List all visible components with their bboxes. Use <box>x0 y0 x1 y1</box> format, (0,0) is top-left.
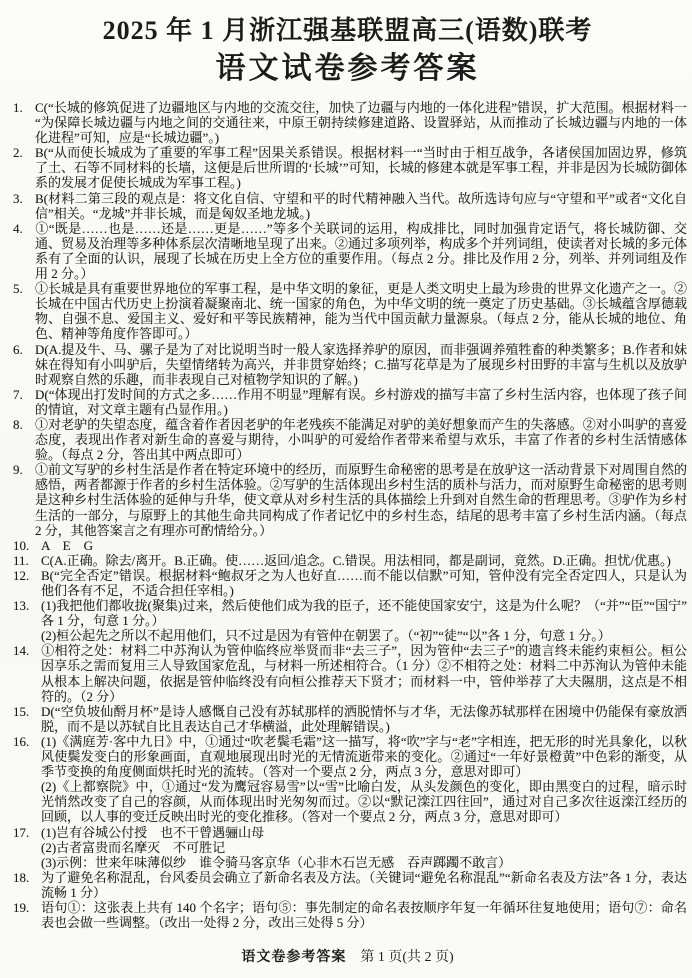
item-number: 6. <box>8 342 35 357</box>
item-text: (1)我把他们都收拢(聚集)过来，然后使他们成为我的臣子，还不能使国家安宁，这是… <box>41 598 687 628</box>
item-number: 9. <box>8 462 35 477</box>
answer-first-paragraph: 16.(1)《满庭芳·客中九日》中，①通过“吹老鬓毛霜”这一描写，将“吹”字与“… <box>41 734 687 779</box>
item-number: 5. <box>8 281 35 296</box>
answer-item: 11.C(A.正确。除去/离开。B.正确。使……返回/追念。C.错误。用法相同，… <box>8 553 687 568</box>
item-number: 15. <box>8 704 41 719</box>
answer-first-paragraph: 3.B(材料二第三段的观点是：将文化自信、守望和平的时代精神融入当代。故所选诗句… <box>35 191 687 221</box>
answer-item: 9.①前文写驴的乡村生活是作者在特定环境中的经历，而原野生命秘密的思考是在放驴这… <box>8 462 687 537</box>
item-number: 19. <box>8 900 41 915</box>
answer-paragraph: (2)古者富贵而名摩灭 不可胜记 <box>41 840 687 855</box>
answer-paragraph: (2)《上都察院》中，①通过“发为鹰冠容易雪”以“雪”比喻白发，从头发颜色的变化… <box>41 779 687 824</box>
answer-first-paragraph: 13.(1)我把他们都收拢(聚集)过来，然后使他们成为我的臣子，还不能使国家安宁… <box>41 598 687 628</box>
item-text: 语句①：这张表上共有 140 个名字；语句⑤：事先制定的命名表按顺序年复一年循环… <box>41 900 687 930</box>
answer-item: 4.①“既是……也是……还是……更是……”等多个关联词的运用，构成排比，同时加强… <box>8 221 687 281</box>
answer-paragraph: (3)示例：世来年味薄似纱 谁令骑马客京华（心非木石岂无感 吞声踯躅不敢言） <box>41 855 687 870</box>
footer-label: 语文卷参考答案 <box>241 950 346 965</box>
answer-item: 19.语句①：这张表上共有 140 个名字；语句⑤：事先制定的命名表按顺序年复一… <box>8 900 687 930</box>
answer-item: 2.B(“从而使长城成为了重要的军事工程”因果关系错误。根据材料一“当时由于相互… <box>8 145 687 190</box>
item-text: ①“既是……也是……还是……更是……”等多个关联词的运用，构成排比，同时加强肯定… <box>35 221 687 281</box>
item-text: C(“长城的修筑促进了边疆地区与内地的交流交往，加快了边疆与内地的一体化进程”错… <box>35 100 687 145</box>
answer-item: 10.A E G <box>8 538 687 553</box>
answer-item: 15.D(“空负坡仙酹月杯”是诗人感慨自己没有苏轼那样的洒脱情怀与才华，无法像苏… <box>8 704 687 734</box>
answer-first-paragraph: 18.为了避免名称混乱，台风委员会确立了新命名表及方法。（关键词“避免名称混乱”… <box>41 870 687 900</box>
item-text: D(“空负坡仙酹月杯”是诗人感慨自己没有苏轼那样的洒脱情怀与才华，无法像苏轼那样… <box>41 704 687 734</box>
item-number: 18. <box>8 870 41 885</box>
answer-first-paragraph: 15.D(“空负坡仙酹月杯”是诗人感慨自己没有苏轼那样的洒脱情怀与才华，无法像苏… <box>41 704 687 734</box>
item-text: 为了避免名称混乱，台风委员会确立了新命名表及方法。（关键词“避免名称混乱”“新命… <box>41 870 687 900</box>
answer-first-paragraph: 9.①前文写驴的乡村生活是作者在特定环境中的经历，而原野生命秘密的思考是在放驴这… <box>35 462 687 537</box>
answer-item: 8.①对老驴的失望态度，蕴含着作者因老驴的年老残疾不能满足对驴的美好想象而产生的… <box>8 417 687 462</box>
item-text: ①对老驴的失望态度，蕴含着作者因老驴的年老残疾不能满足对驴的美好想象而产生的失落… <box>35 417 687 462</box>
answer-first-paragraph: 6.D(A.提及牛、马、骡子是为了对比说明当时一般人家选择养驴的原因，而非强调养… <box>35 342 687 387</box>
answer-item: 16.(1)《满庭芳·客中九日》中，①通过“吹老鬓毛霜”这一描写，将“吹”字与“… <box>8 734 687 825</box>
item-number: 12. <box>8 568 41 583</box>
answer-first-paragraph: 7.D(“体现出打发时间的方式之多……作用不明显”理解有误。乡村游戏的描写丰富了… <box>35 387 687 417</box>
item-text: B(材料二第三段的观点是：将文化自信、守望和平的时代精神融入当代。故所选诗句应与… <box>35 191 687 221</box>
answer-first-paragraph: 10.A E G <box>41 538 687 553</box>
answer-item: 1.C(“长城的修筑促进了边疆地区与内地的交流交往，加快了边疆与内地的一体化进程… <box>8 100 687 145</box>
answer-item: 3.B(材料二第三段的观点是：将文化自信、守望和平的时代精神融入当代。故所选诗句… <box>8 191 687 221</box>
answer-first-paragraph: 17.(1)岂有谷城公付授 也不干曾遇骊山母 <box>41 825 687 840</box>
item-text: (1)岂有谷城公付授 也不干曾遇骊山母 <box>41 825 264 840</box>
page-container: 2025 年 1 月浙江强基联盟高三(语数)联考 语文试卷参考答案 1.C(“长… <box>0 0 692 978</box>
answer-item: 14.①相符之处：材料二中苏洵认为管仲临终应举贤而非“去三子”，因为管仲“去三子… <box>8 643 687 703</box>
item-number: 1. <box>8 100 35 115</box>
answer-item: 6.D(A.提及牛、马、骡子是为了对比说明当时一般人家选择养驴的原因，而非强调养… <box>8 342 687 387</box>
answer-item: 7.D(“体现出打发时间的方式之多……作用不明显”理解有误。乡村游戏的描写丰富了… <box>8 387 687 417</box>
footer-page-number: 第 1 页(共 2 页) <box>360 950 453 965</box>
page-footer: 语文卷参考答案第 1 页(共 2 页) <box>8 946 687 966</box>
item-text: A E G <box>41 538 93 553</box>
item-text: D(“体现出打发时间的方式之多……作用不明显”理解有误。乡村游戏的描写丰富了乡村… <box>35 387 687 417</box>
answer-paragraph: (2)桓公起先之所以不起用他们，只不过是因为有管仲在朝罢了。（“初”“徒”“以”… <box>41 628 687 643</box>
page-title: 语文试卷参考答案 <box>8 50 687 88</box>
answer-first-paragraph: 2.B(“从而使长城成为了重要的军事工程”因果关系错误。根据材料一“当时由于相互… <box>35 145 687 190</box>
answer-first-paragraph: 19.语句①：这张表上共有 140 个名字；语句⑤：事先制定的命名表按顺序年复一… <box>41 900 687 930</box>
item-number: 3. <box>8 191 35 206</box>
item-text: D(A.提及牛、马、骡子是为了对比说明当时一般人家选择养驴的原因，而非强调养殖牲… <box>35 342 687 387</box>
answer-first-paragraph: 11.C(A.正确。除去/离开。B.正确。使……返回/追念。C.错误。用法相同，… <box>41 553 687 568</box>
answer-first-paragraph: 12.B(“完全否定”错误。根据材料“鲍叔牙之为人也好直……而不能以信默”可知，… <box>41 568 687 598</box>
answer-item: 13.(1)我把他们都收拢(聚集)过来，然后使他们成为我的臣子，还不能使国家安宁… <box>8 598 687 643</box>
answer-first-paragraph: 14.①相符之处：材料二中苏洵认为管仲临终应举贤而非“去三子”，因为管仲“去三子… <box>41 643 687 703</box>
answer-first-paragraph: 5.①长城是具有重要世界地位的军事工程，是中华文明的象征，更是人类文明史上最为珍… <box>35 281 687 341</box>
item-text: (1)《满庭芳·客中九日》中，①通过“吹老鬓毛霜”这一描写，将“吹”字与“老”字… <box>41 734 687 779</box>
answer-first-paragraph: 4.①“既是……也是……还是……更是……”等多个关联词的运用，构成排比，同时加强… <box>35 221 687 281</box>
item-text: C(A.正确。除去/离开。B.正确。使……返回/追念。C.错误。用法相同，都是副… <box>41 553 671 568</box>
item-number: 11. <box>8 553 41 568</box>
item-number: 7. <box>8 387 35 402</box>
item-number: 16. <box>8 734 41 749</box>
answer-item: 17.(1)岂有谷城公付授 也不干曾遇骊山母 (2)古者富贵而名摩灭 不可胜记(… <box>8 825 687 870</box>
item-number: 14. <box>8 643 41 658</box>
answer-first-paragraph: 8.①对老驴的失望态度，蕴含着作者因老驴的年老残疾不能满足对驴的美好想象而产生的… <box>35 417 687 462</box>
item-text: ①长城是具有重要世界地位的军事工程，是中华文明的象征，更是人类文明史上最为珍贵的… <box>35 281 687 341</box>
item-number: 17. <box>8 825 41 840</box>
item-number: 10. <box>8 538 41 553</box>
item-number: 2. <box>8 145 35 160</box>
item-text: B(“从而使长城成为了重要的军事工程”因果关系错误。根据材料一“当时由于相互战争… <box>35 145 687 190</box>
answer-first-paragraph: 1.C(“长城的修筑促进了边疆地区与内地的交流交往，加快了边疆与内地的一体化进程… <box>35 100 687 145</box>
item-text: ①相符之处：材料二中苏洵认为管仲临终应举贤而非“去三子”，因为管仲“去三子”的遗… <box>41 643 687 703</box>
answers-list: 1.C(“长城的修筑促进了边疆地区与内地的交流交往，加快了边疆与内地的一体化进程… <box>8 100 687 930</box>
item-number: 4. <box>8 221 35 236</box>
answer-item: 5.①长城是具有重要世界地位的军事工程，是中华文明的象征，更是人类文明史上最为珍… <box>8 281 687 341</box>
exam-title: 2025 年 1 月浙江强基联盟高三(语数)联考 <box>8 14 687 48</box>
item-text: B(“完全否定”错误。根据材料“鲍叔牙之为人也好直……而不能以信默”可知，管仲没… <box>41 568 687 598</box>
answer-item: 12.B(“完全否定”错误。根据材料“鲍叔牙之为人也好直……而不能以信默”可知，… <box>8 568 687 598</box>
item-number: 13. <box>8 598 41 613</box>
item-text: ①前文写驴的乡村生活是作者在特定环境中的经历，而原野生命秘密的思考是在放驴这一活… <box>35 462 687 537</box>
item-number: 8. <box>8 417 35 432</box>
answer-item: 18.为了避免名称混乱，台风委员会确立了新命名表及方法。（关键词“避免名称混乱”… <box>8 870 687 900</box>
